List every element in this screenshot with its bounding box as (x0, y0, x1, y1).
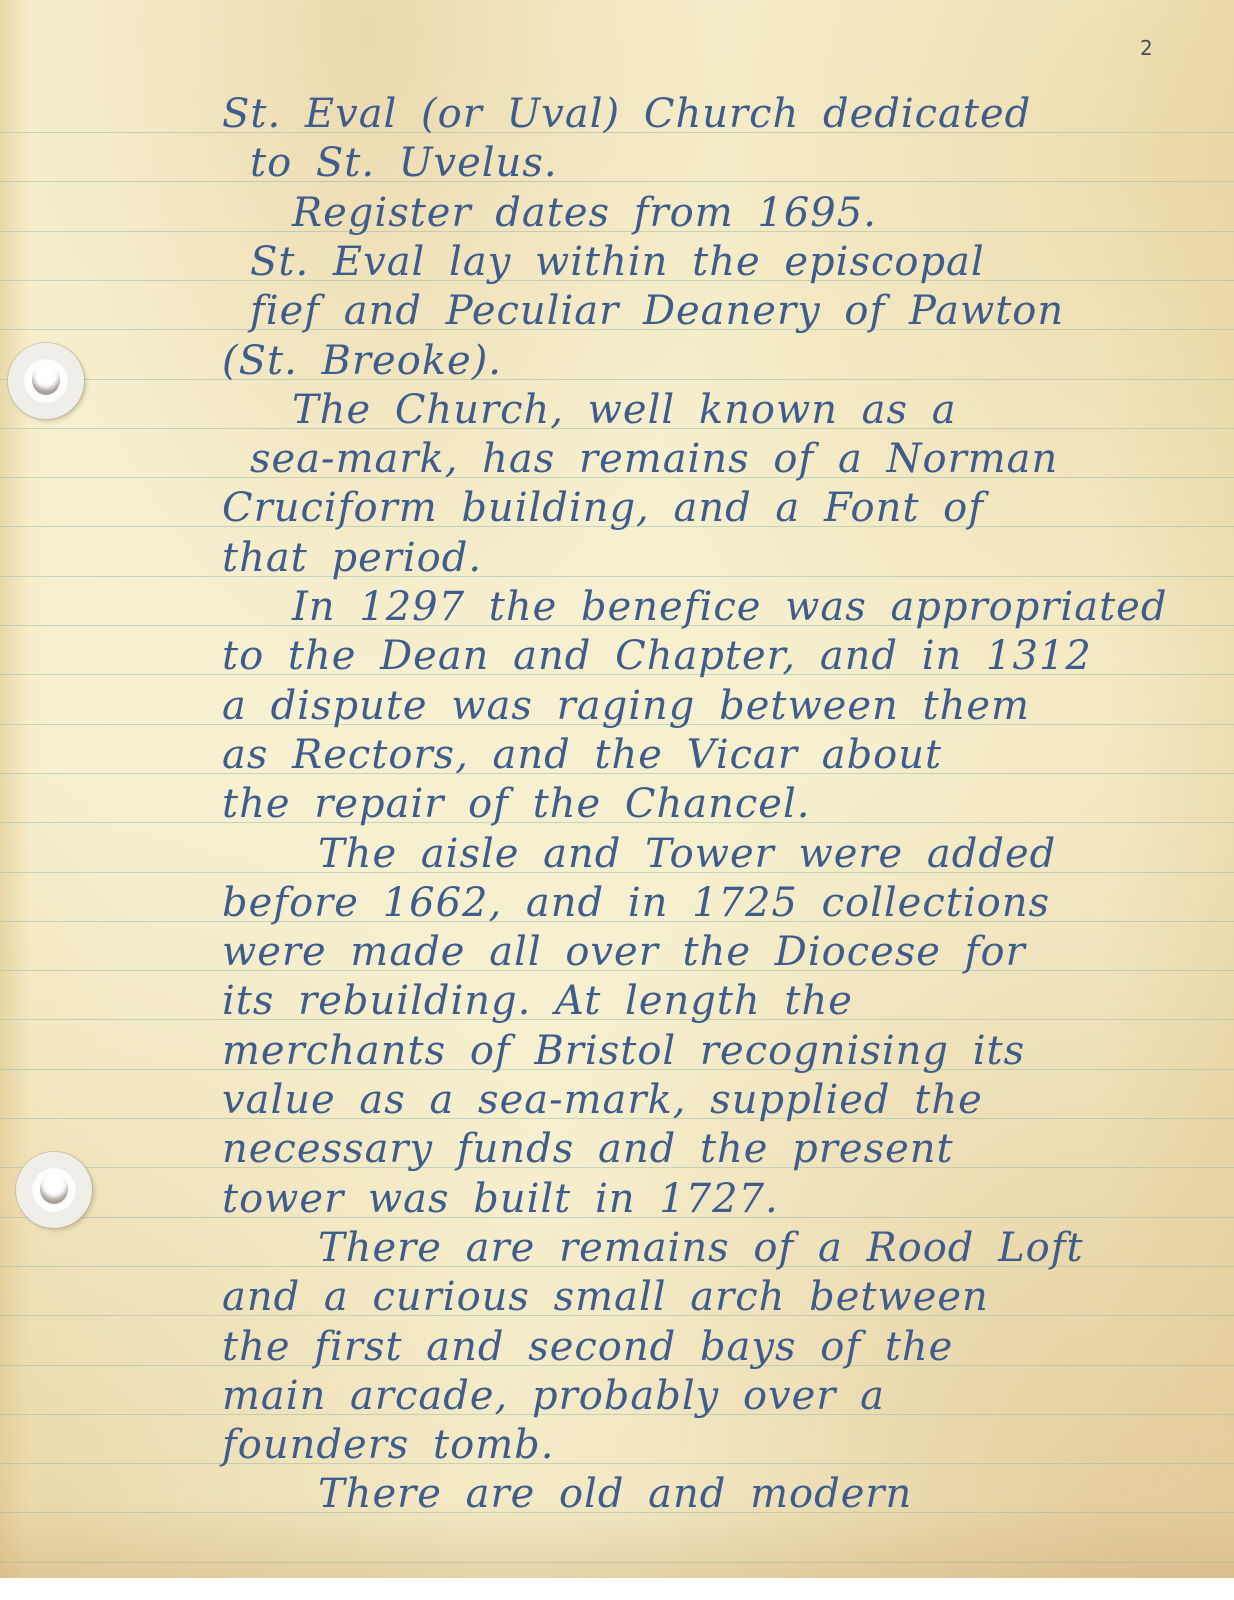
text-line: value as a sea-mark, supplied the (222, 1078, 983, 1122)
text-line: a dispute was raging between them (222, 684, 1030, 728)
text-line: founders tomb. (222, 1423, 554, 1467)
notebook-page: 2 St. Eval (or Uval) Church dedicatedto … (0, 0, 1234, 1600)
text-line: and a curious small arch between (222, 1275, 989, 1319)
text-line: necessary funds and the present (222, 1127, 954, 1171)
text-line: (St. Breoke). (222, 339, 502, 383)
text-line: Register dates from 1695. (292, 191, 877, 235)
text-line: before 1662, and in 1725 collections (222, 881, 1050, 925)
text-line: main arcade, probably over a (222, 1374, 885, 1418)
text-line: fief and Peculiar Deanery of Pawton (250, 289, 1064, 333)
text-line: to St. Uvelus. (250, 141, 558, 185)
text-line: its rebuilding. At length the (222, 979, 853, 1023)
text-line: St. Eval lay within the episcopal (250, 240, 985, 284)
text-line: The aisle and Tower were added (318, 832, 1056, 876)
text-line: the first and second bays of the (222, 1325, 953, 1369)
text-line: St. Eval (or Uval) Church dedicated (222, 92, 1031, 136)
text-line: There are remains of a Rood Loft (318, 1226, 1084, 1270)
text-line: as Rectors, and the Vicar about (222, 733, 942, 777)
text-line: were made all over the Diocese for (222, 930, 1026, 974)
text-line: sea-mark, has remains of a Norman (250, 437, 1058, 481)
handwritten-text: St. Eval (or Uval) Church dedicatedto St… (0, 0, 1234, 1600)
text-line: the repair of the Chancel. (222, 782, 810, 826)
text-line: tower was built in 1727. (222, 1177, 779, 1221)
text-line: The Church, well known as a (292, 388, 957, 432)
text-line: merchants of Bristol recognising its (222, 1029, 1025, 1073)
text-line: In 1297 the benefice was appropriated (292, 585, 1167, 629)
text-line: to the Dean and Chapter, and in 1312 (222, 634, 1092, 678)
text-line: Cruciform building, and a Font of (222, 486, 984, 530)
text-line: that period. (222, 536, 482, 580)
text-line: There are old and modern (318, 1472, 912, 1516)
